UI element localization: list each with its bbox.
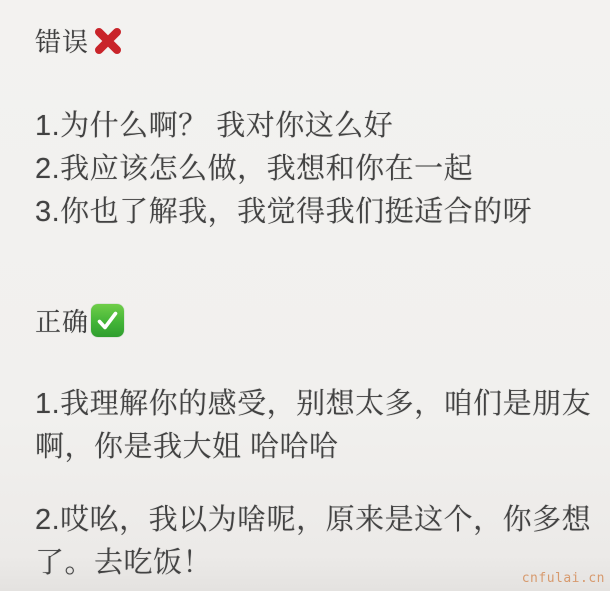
- correct-heading-label: 正确: [35, 302, 89, 339]
- correct-heading: 正确: [35, 302, 582, 339]
- check-mark-icon: [91, 304, 124, 337]
- cross-mark-icon: [91, 24, 125, 58]
- wrong-list: 1.为什么啊？ 我对你这么好 2.我应该怎么做，我想和你在一起 3.你也了解我，…: [35, 105, 582, 234]
- correct-item-line: 啊，你是我大姐 哈哈哈: [35, 426, 582, 469]
- check-mark-icon-wrap: [91, 304, 124, 337]
- wrong-heading-label: 错误: [35, 22, 89, 59]
- wrong-heading: 错误: [35, 22, 582, 59]
- note-page: 错误 1.为什么啊？ 我对你这么好 2.我应该怎么做，我想和你在一起 3.你也了…: [0, 0, 610, 591]
- correct-list-item: 1.我理解你的感受，别想太多，咱们是朋友 啊，你是我大姐 哈哈哈: [35, 383, 582, 469]
- correct-item-line: 了。去吃饭！: [35, 542, 582, 585]
- watermark: cnfulai.cn: [522, 571, 605, 586]
- correct-item-line: 1.我理解你的感受，别想太多，咱们是朋友: [35, 383, 582, 426]
- correct-section: 正确 1.我理解你的感受，别想太多，咱们是朋友 啊，你是我大姐 哈哈哈 2.哎吆…: [35, 302, 582, 585]
- wrong-section: 错误 1.为什么啊？ 我对你这么好 2.我应该怎么做，我想和你在一起 3.你也了…: [35, 22, 582, 234]
- correct-item-line: 2.哎吆，我以为啥呢，原来是这个，你多想: [35, 499, 582, 542]
- wrong-list-item: 3.你也了解我，我觉得我们挺适合的呀: [35, 191, 582, 234]
- wrong-list-item: 2.我应该怎么做，我想和你在一起: [35, 148, 582, 191]
- wrong-list-item: 1.为什么啊？ 我对你这么好: [35, 105, 582, 148]
- correct-list-item: 2.哎吆，我以为啥呢，原来是这个，你多想 了。去吃饭！: [35, 499, 582, 585]
